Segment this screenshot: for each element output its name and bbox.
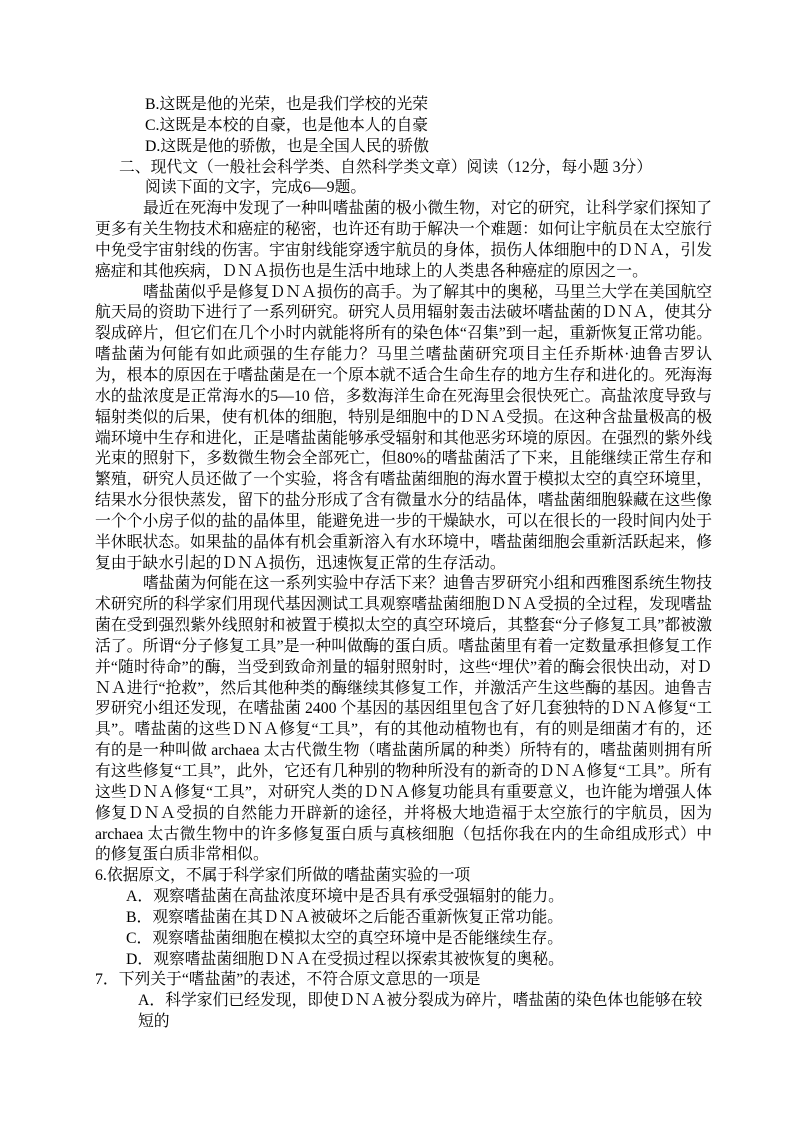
question-6-stem: 6.依据原文，不属于科学家们所做的嗜盐菌实验的一项 xyxy=(95,866,712,887)
question-7-number: 7． xyxy=(95,971,119,988)
passage-paragraph-3: 嗜盐菌为何能在这一系列实验中存活下来？迪鲁吉罗研究小组和西雅图系统生物技术研究所… xyxy=(95,574,712,866)
prev-question-option-b: B.这既是他的光荣，也是我们学校的光荣 xyxy=(95,95,712,116)
prev-question-option-d: D.这既是他的骄傲，也是全国人民的骄傲 xyxy=(95,137,712,158)
question-6-option-b: B．观察嗜盐菌在其ＤＮＡ被破坏之后能否重新恢复正常功能。 xyxy=(95,908,712,929)
question-6-option-d: D．观察嗜盐菌细胞ＤＮＡ在受损过程以探索其被恢复的奥秘。 xyxy=(95,950,712,971)
exam-page: B.这既是他的光荣，也是我们学校的光荣 C.这既是本校的自豪，也是他本人的自豪 … xyxy=(95,95,712,1033)
passage-paragraph-1: 最近在死海中发现了一种叫嗜盐菌的极小微生物，对它的研究，让科学家们探知了更多有关… xyxy=(95,199,712,282)
question-6-option-a: A．观察嗜盐菌在高盐浓度环境中是否具有承受强辐射的能力。 xyxy=(95,887,712,908)
section-heading: 二、现代文（一般社会科学类、自然科学类文章）阅读（12分，每小题 3分） xyxy=(95,158,712,179)
question-6-stem-text: 依据原文，不属于科学家们所做的嗜盐菌实验的一项 xyxy=(107,867,470,884)
question-7-option-a: A．科学家们已经发现，即使ＤＮＡ被分裂成为碎片，嗜盐菌的染色体也能够在较短的 xyxy=(95,991,712,1033)
reading-instruction: 阅读下面的文字，完成6—9题。 xyxy=(95,178,712,199)
question-7-stem: 7．下列关于“嗜盐菌”的表述，不符合原文意思的一项是 xyxy=(95,970,712,991)
prev-question-option-c: C.这既是本校的自豪，也是他本人的自豪 xyxy=(95,116,712,137)
question-7-stem-text: 下列关于“嗜盐菌”的表述，不符合原文意思的一项是 xyxy=(119,971,481,988)
question-6-number: 6. xyxy=(95,867,107,884)
question-6-option-c: C．观察嗜盐菌细胞在模拟太空的真空环境中是否能继续生存。 xyxy=(95,929,712,950)
passage-paragraph-2: 嗜盐菌似乎是修复ＤＮＡ损伤的高手。为了解其中的奥秘，马里兰大学在美国航空航天局的… xyxy=(95,283,712,575)
